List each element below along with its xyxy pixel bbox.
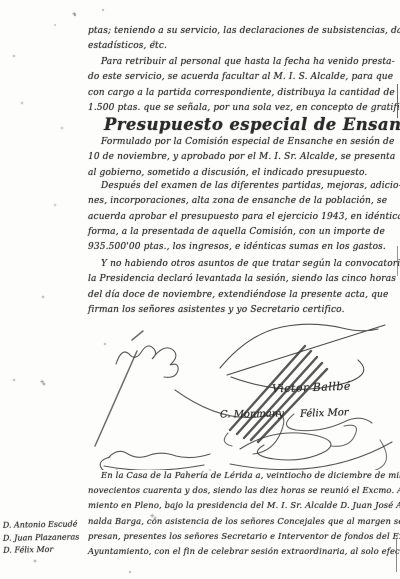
manuscript-line: do este servicio, se acuerda facultar al…	[88, 70, 398, 85]
paragraph-carryover: ptas; teniendo a su servicio, las declar…	[88, 24, 398, 55]
manuscript-line: Para retribuir al personal que hasta la …	[88, 55, 398, 70]
signature-felix-mor: Félix Mor	[300, 407, 349, 420]
signature-flourish-oval	[230, 433, 392, 470]
scanned-manuscript-page: + + + + ptas; teniendo a su servicio, la…	[0, 0, 400, 579]
manuscript-line: 1.500 ptas. que se señala, por una sola …	[88, 101, 398, 116]
scan-edge-mark	[397, 246, 398, 276]
manuscript-line: la Presidencia declaró levantada la sesi…	[88, 272, 398, 287]
manuscript-line: Formulado por la Comisión especial de En…	[88, 135, 398, 150]
attendee-name: D. Antonio Escudé	[3, 518, 87, 532]
scan-edge-mark	[397, 84, 398, 118]
manuscript-line: firman los señores asistentes y yo Secre…	[88, 303, 398, 318]
manuscript-line: Después del examen de las diferentes par…	[88, 179, 398, 194]
manuscript-line: acuerda aprobar el presupuesto para el e…	[88, 210, 398, 225]
paragraph-aprobacion: Después del examen de las diferentes par…	[88, 179, 398, 255]
manuscript-line: Y no habiendo otros asuntos de que trata…	[88, 257, 398, 272]
manuscript-line: ptas; teniendo a su servicio, las declar…	[88, 24, 398, 39]
manuscript-line: Ayuntamiento, con el fin de celebrar ses…	[88, 544, 398, 559]
manuscript-line: 10 de noviembre, y aprobado por el M. I.…	[88, 150, 398, 165]
manuscript-line: nes, incorporaciones, alta zona de ensan…	[88, 194, 398, 209]
signatures-flourish-graphic	[80, 318, 400, 470]
manuscript-line: forma, a la presentada de aquella Comisi…	[88, 225, 398, 240]
attendee-name: D. Juan Plazaneras	[3, 531, 87, 545]
scan-noise-mark: +	[72, 10, 76, 18]
margin-attendee-list: D. Antonio Escudé D. Juan Plazaneras D. …	[3, 518, 88, 557]
signature-flourish-left	[116, 346, 178, 377]
manuscript-line: miento en Pleno, bajo la presidencia del…	[88, 498, 398, 513]
attendee-name: D. Félix Mor	[3, 543, 87, 557]
manuscript-line: con cargo a la partida correspondiente, …	[88, 86, 398, 101]
scan-noise-mark: +	[40, 378, 44, 386]
manuscript-line: 935.500'00 ptas., los ingresos, e idénti…	[88, 240, 398, 255]
paragraph-gratification: Para retribuir al personal que hasta la …	[88, 55, 398, 116]
manuscript-line: En la Casa de la Pahería de Lérida a, ve…	[88, 468, 398, 483]
manuscript-line: estadísticos, etc.	[88, 39, 398, 54]
scan-edge-mark	[396, 538, 397, 572]
paragraph-nueva-sesion: En la Casa de la Pahería de Lérida a, ve…	[88, 468, 398, 559]
section-heading: Presupuesto especial de Ensanche —	[104, 115, 394, 134]
paragraph-levantamiento: Y no habiendo otros asuntos de que trata…	[88, 257, 398, 318]
signature-flourish-drop	[373, 440, 387, 470]
signature-victor-ballbe: Victor Ballbé	[272, 380, 351, 396]
signature-c-monmany: C. Monmany	[220, 408, 284, 420]
signature-flourish-topright	[220, 324, 385, 389]
manuscript-line: novecientos cuarenta y dos, siendo las d…	[88, 483, 398, 498]
signature-stroke-diagonal	[95, 331, 143, 446]
manuscript-line: nalda Barga, con asistencia de los señor…	[88, 514, 398, 529]
paragraph-formulado: Formulado por la Comisión especial de En…	[88, 135, 398, 181]
manuscript-line: presan, presentes los señores Secretario…	[88, 529, 398, 544]
manuscript-line: del día doce de noviembre, extendiéndose…	[88, 288, 398, 303]
